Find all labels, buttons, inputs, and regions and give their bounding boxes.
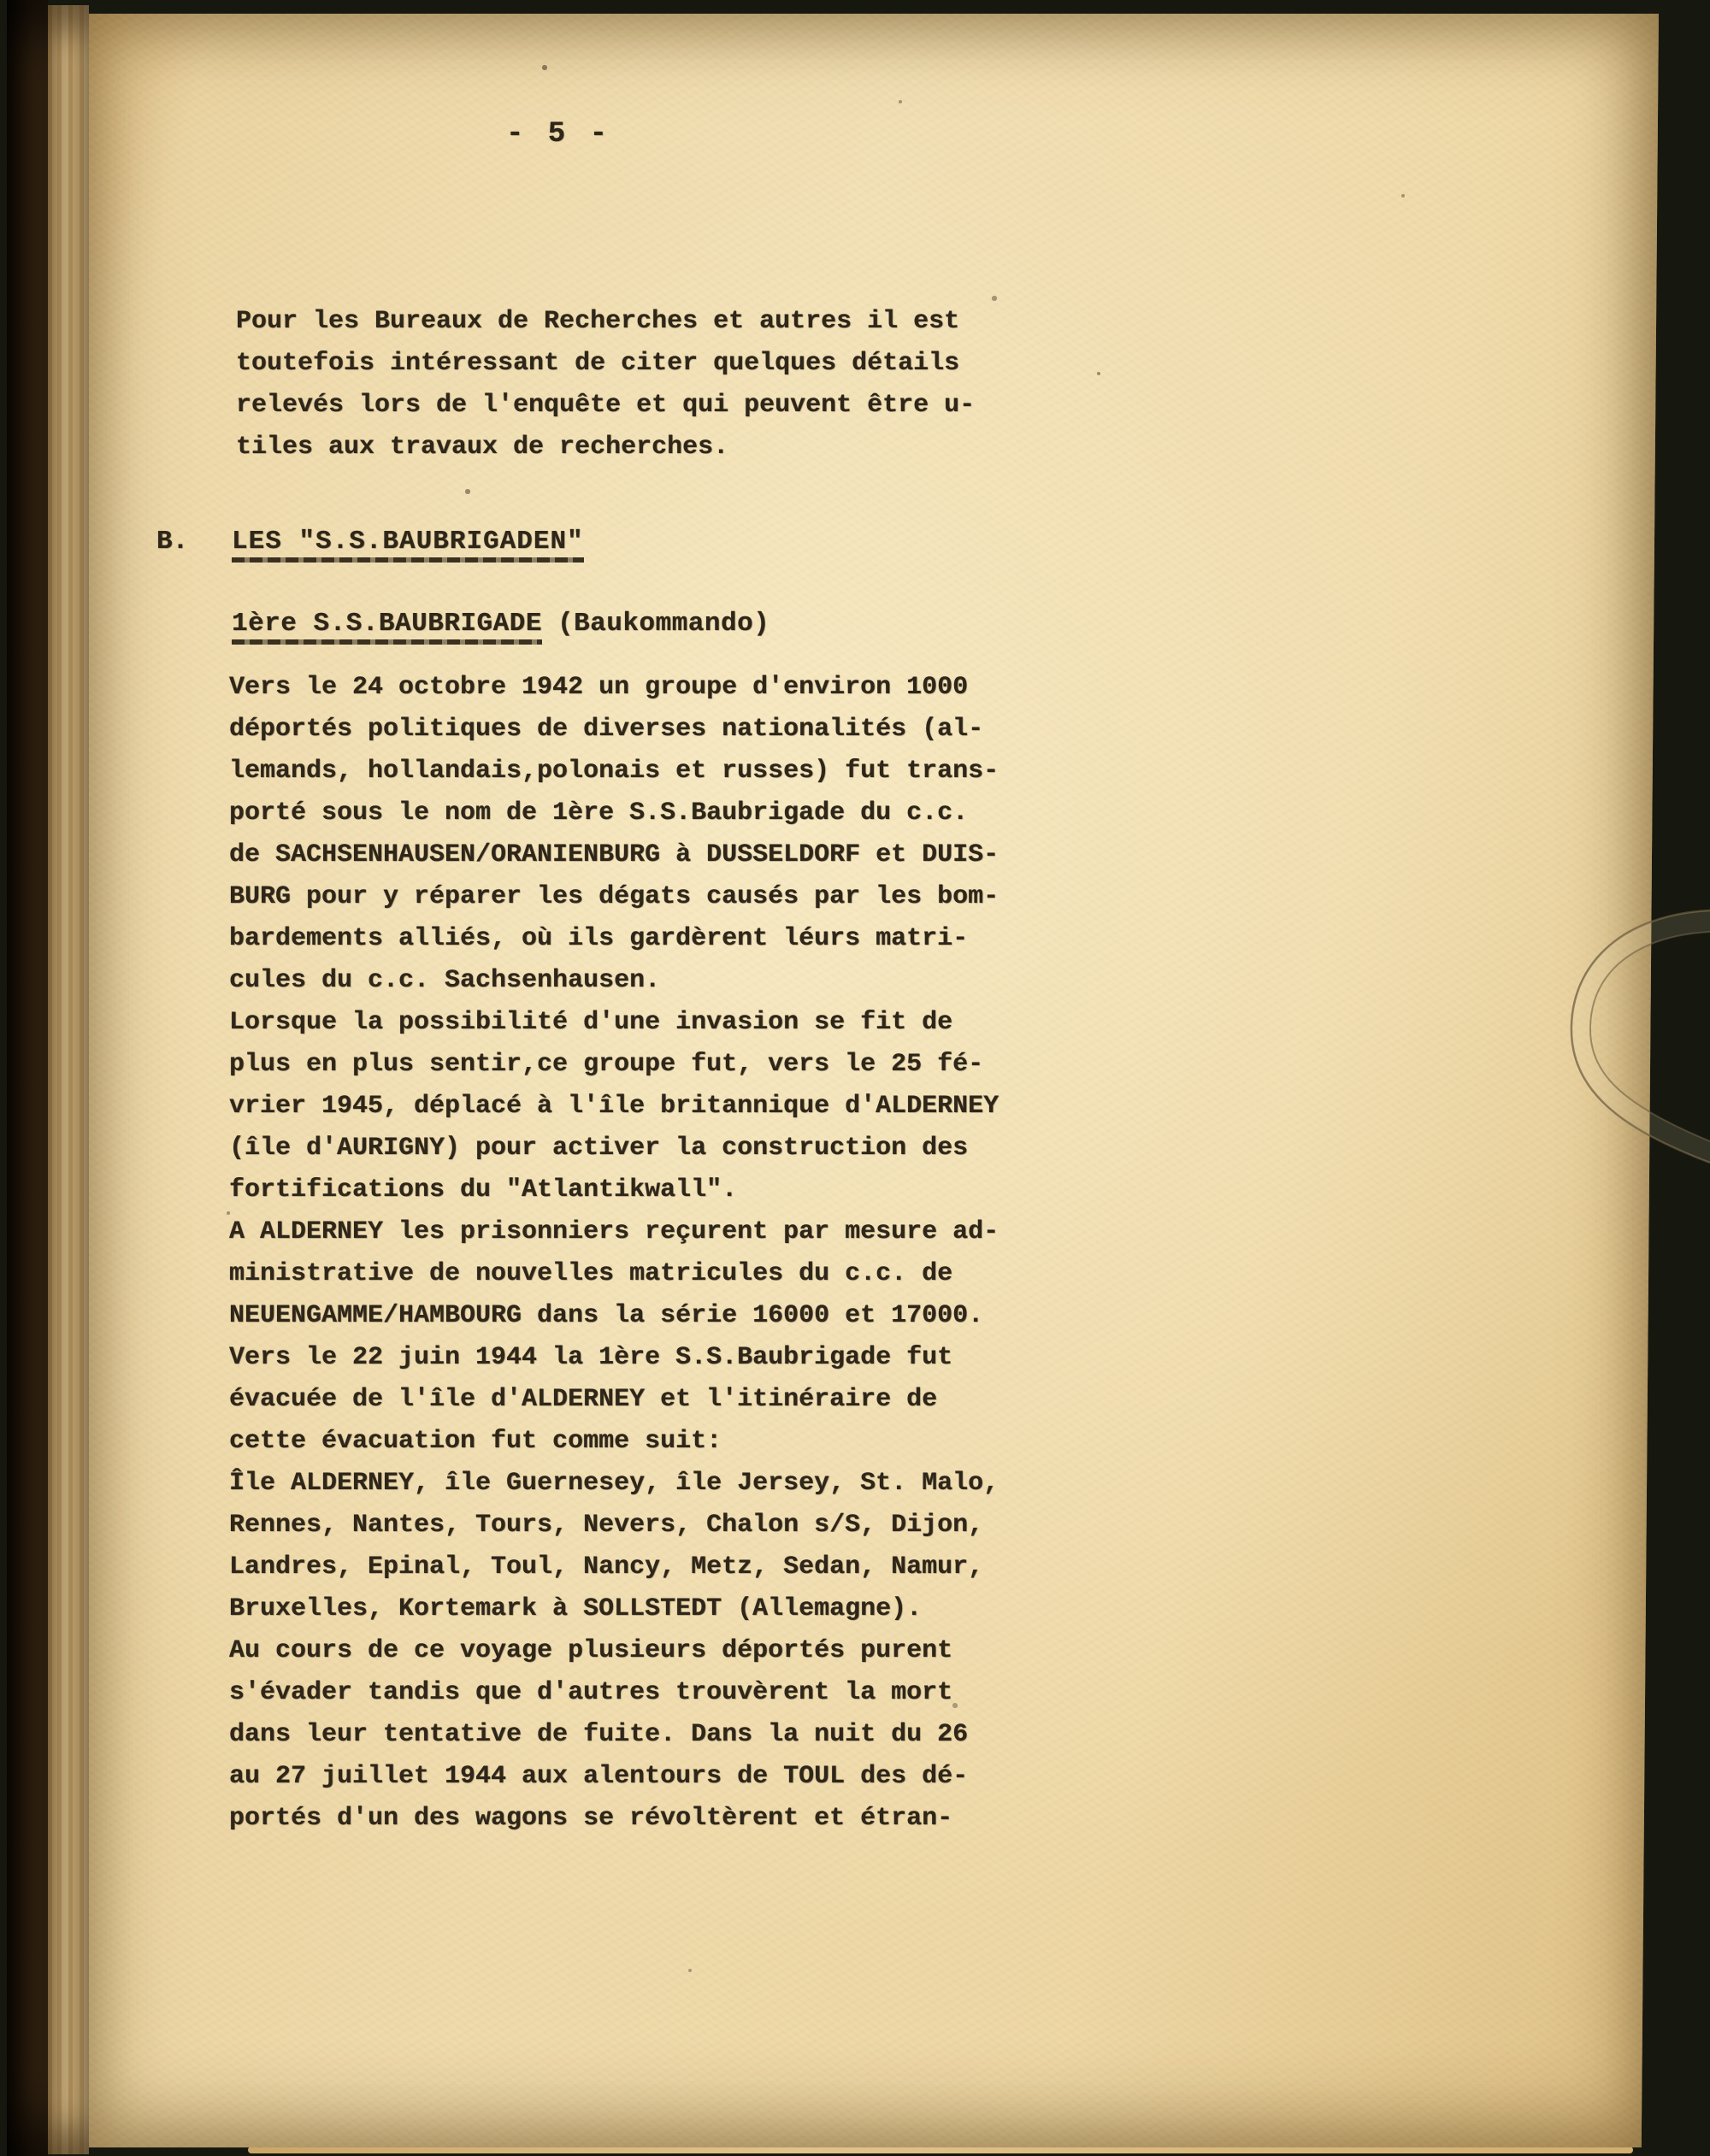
section-title: LES "S.S.BAUBRIGADEN": [232, 527, 584, 563]
page-edge-stack: [48, 5, 89, 2154]
document-page: - 5 - Pour les Bureaux de Recherches et …: [89, 14, 1659, 2147]
book-spine: [7, 0, 48, 2156]
page-number: - 5 -: [506, 118, 610, 150]
section-label: B.: [156, 527, 188, 557]
ink-specks: [89, 14, 91, 15]
intro-paragraph: Pour les Bureaux de Recherches et autres…: [236, 301, 975, 468]
subsection-title-rest: (Baukommando): [557, 609, 769, 639]
body-paragraph: Vers le 24 octobre 1942 un groupe d'envi…: [229, 667, 999, 1840]
scanned-document-photo: - 5 - Pour les Bureaux de Recherches et …: [0, 0, 1710, 2156]
bottom-page-edge: [248, 2147, 1633, 2153]
subsection-title: 1ère S.S.BAUBRIGADE(Baukommando): [232, 609, 769, 645]
plastic-clip: [1548, 898, 1710, 1180]
subsection-title-underlined: 1ère S.S.BAUBRIGADE: [232, 609, 542, 645]
section-title-text: LES "S.S.BAUBRIGADEN": [232, 527, 584, 563]
